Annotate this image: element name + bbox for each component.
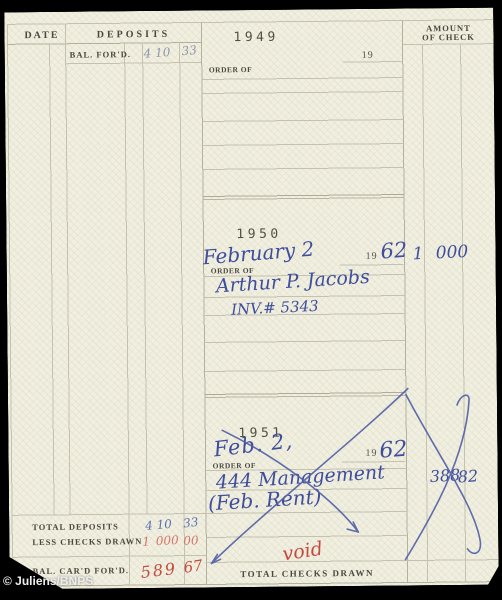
check-stub-ledger-page: DATE DEPOSITS AMOUNT OF CHECK BAL. FOR'D… [4,8,499,590]
watermark-credit: © Juliens/BNPS [3,574,93,588]
pen-cross-out-marks [4,8,499,590]
scanned-check-register-photo: { "header": { "date_label": "DATE", "dep… [0,0,502,600]
